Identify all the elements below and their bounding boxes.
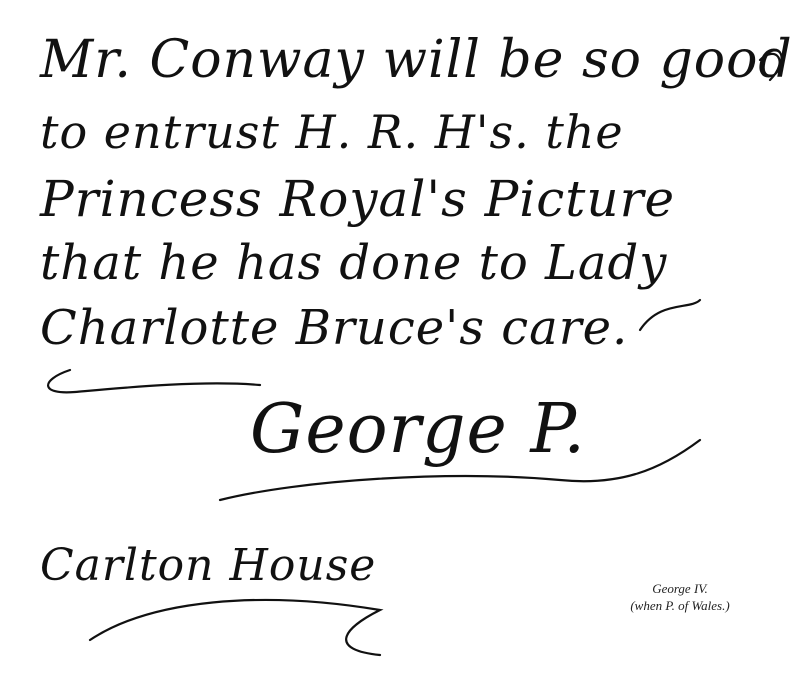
caption-name: George IV. [560,580,800,597]
letter-line-2: to entrust H. R. H's. the [40,105,624,159]
letter-line-5: Charlotte Bruce's care. [40,300,628,356]
address-line: Carlton House [40,540,376,591]
signature: George P. [250,390,586,469]
letter-line-3: Princess Royal's Picture [40,170,675,228]
caption: George IV. (when P. of Wales.) [560,580,800,614]
letter-line-4: that he has done to Lady [40,235,667,291]
letter-page: Mr. Conway will be so good to entrust H.… [0,0,800,692]
letter-line-1: Mr. Conway will be so good [40,30,793,90]
caption-note: (when P. of Wales.) [560,597,800,614]
